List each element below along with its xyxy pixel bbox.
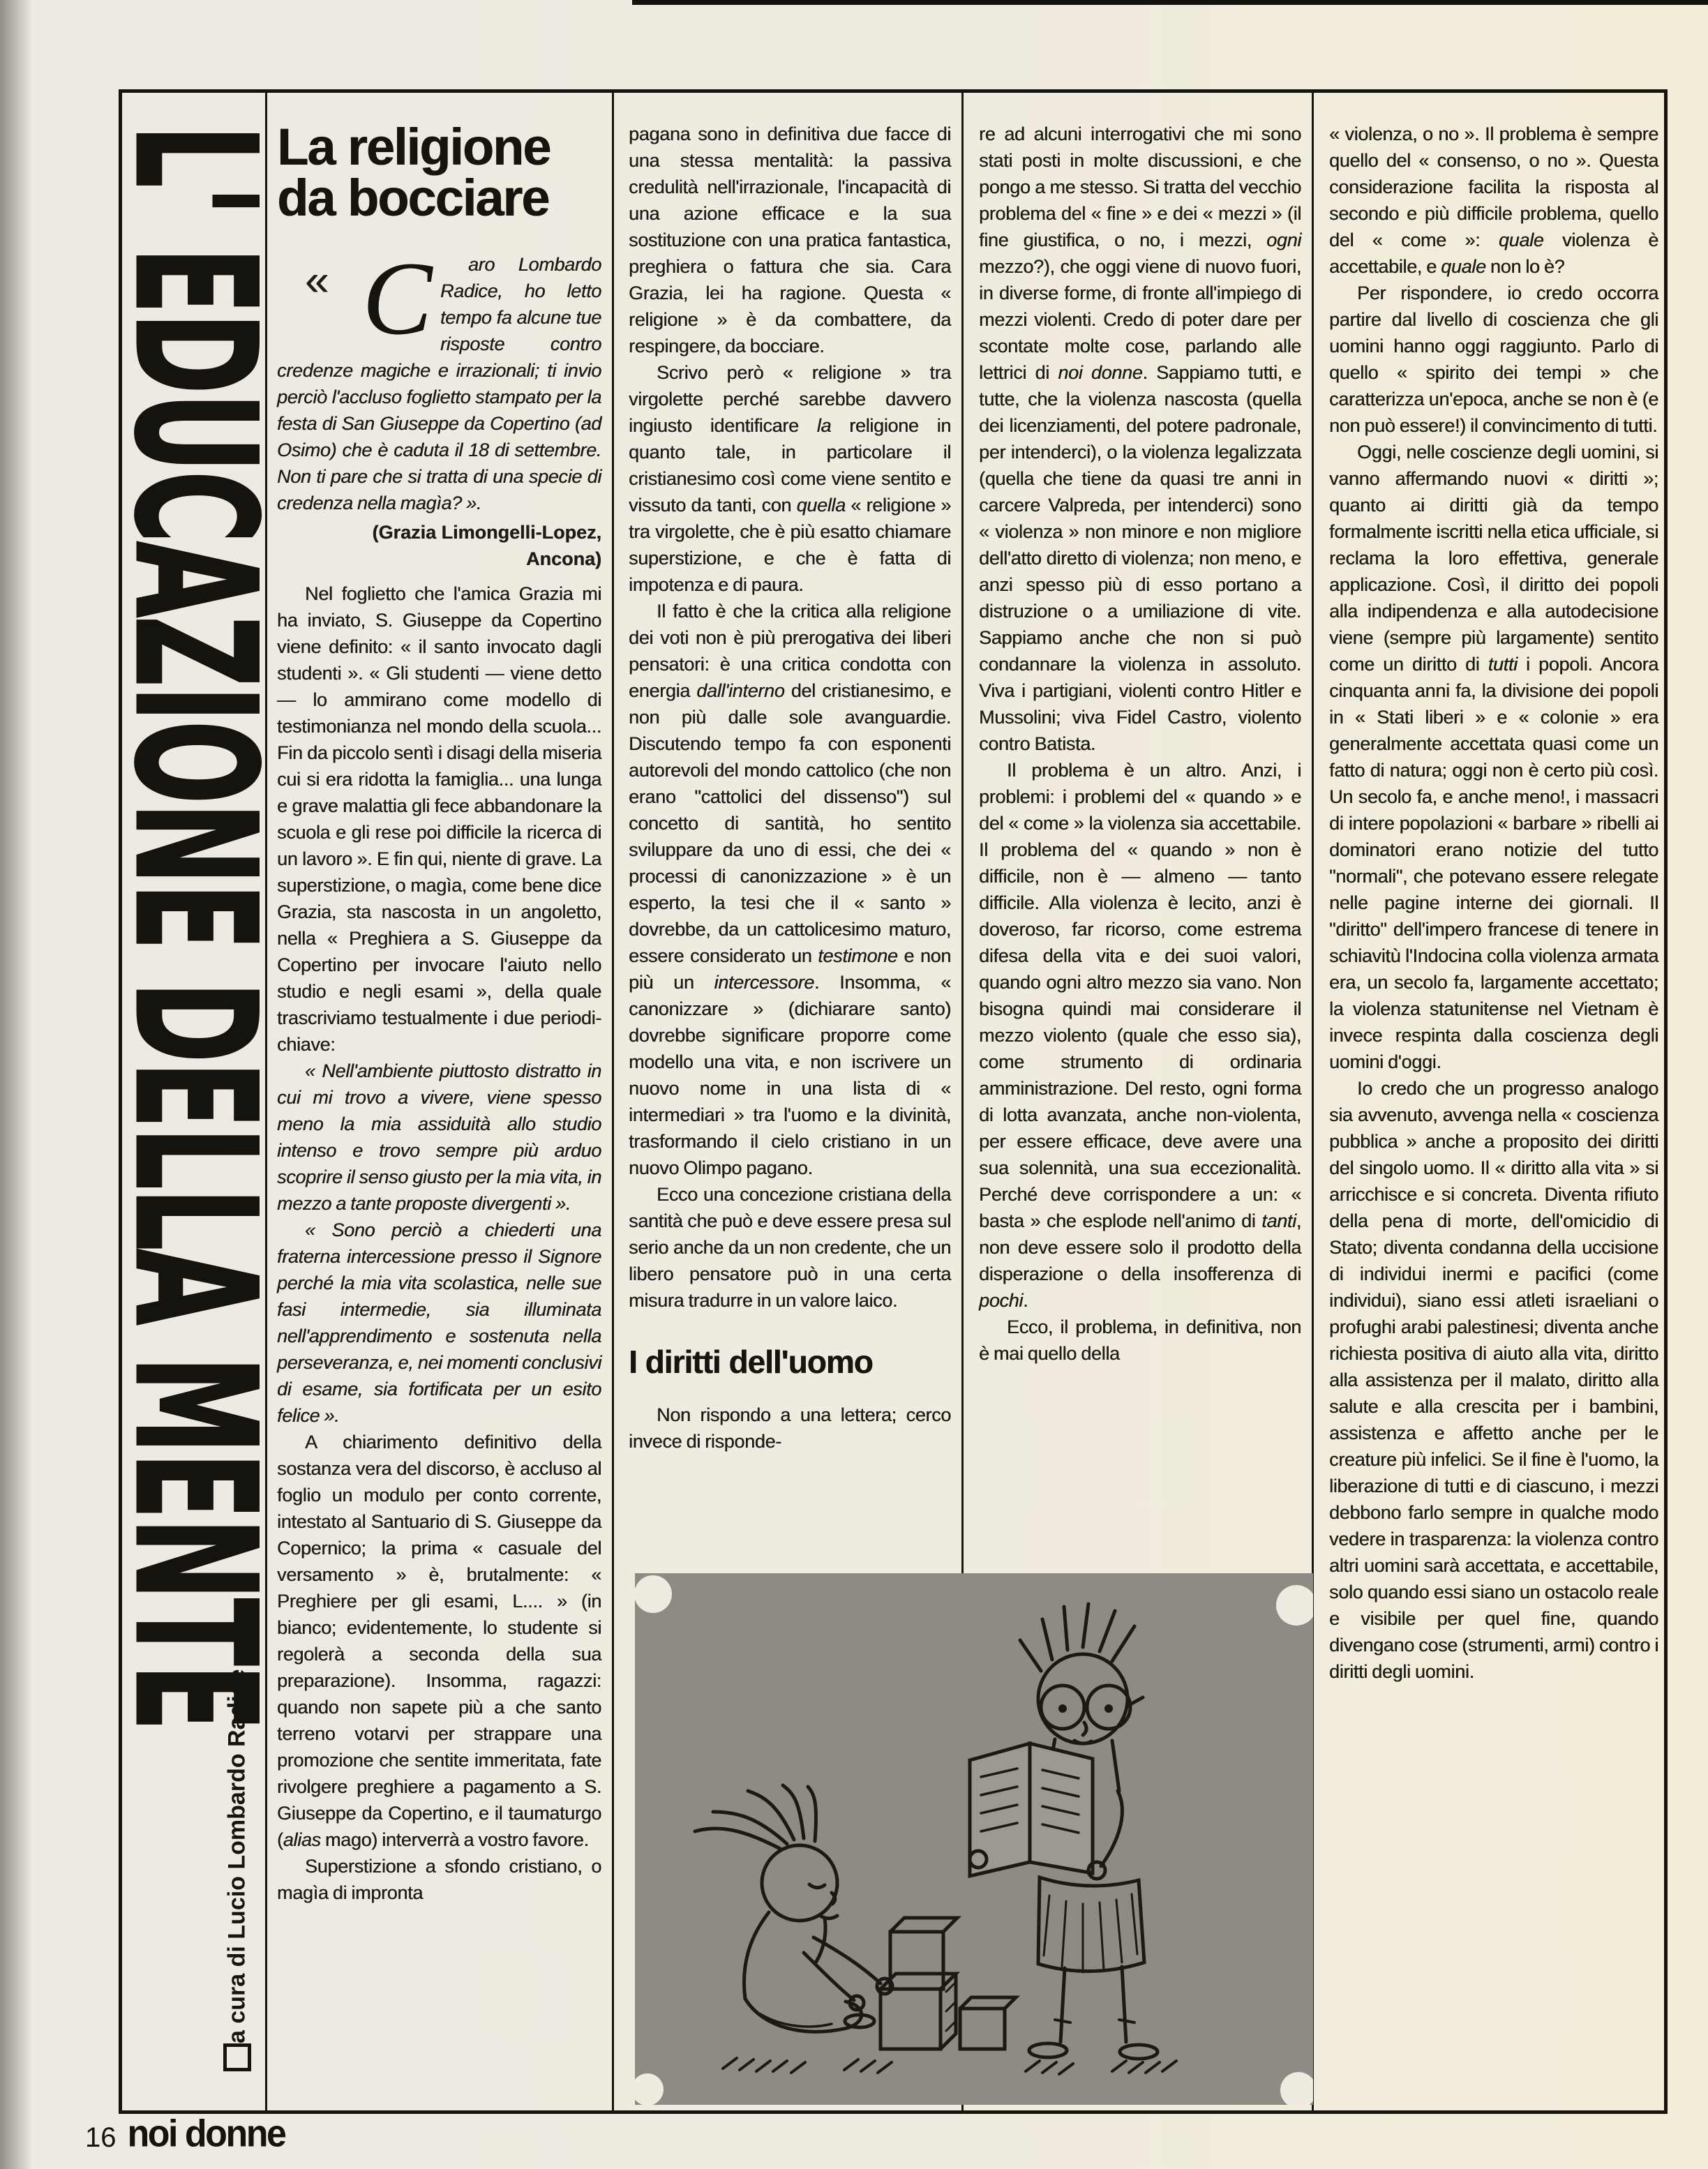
paragraph: pagana sono in definitiva due facce di u… xyxy=(629,121,951,359)
open-quote-mark: « xyxy=(277,260,329,303)
paragraph: « Nell'ambiente piuttosto distratto in c… xyxy=(277,1058,601,1217)
paragraph: Ecco, il problema, in definitiva, non è … xyxy=(979,1314,1301,1367)
magazine-page: L' EDUCAZIONE DELLA MENTE a cura di Luci… xyxy=(0,0,1708,2169)
text-column-2: pagana sono in definitiva due facce di u… xyxy=(629,121,951,1455)
byline-text: a cura di Lucio Lombardo Radice xyxy=(224,1669,251,2043)
page-edge-shadow xyxy=(0,0,32,2169)
cartoon-drawing xyxy=(635,1573,1313,2105)
letter-signature: (Grazia Limongelli-Lopez,Ancona) xyxy=(277,519,601,572)
corner-notch xyxy=(635,1575,672,1613)
paragraph: « violenza, o no ». Il problema è sempre… xyxy=(1329,121,1658,280)
section-heading: I diritti dell'uomo xyxy=(629,1343,951,1381)
paragraph: Non rispondo a una lettera; cerco invece… xyxy=(629,1402,951,1455)
paragraph: re ad alcuni interrogativi che mi sono s… xyxy=(979,121,1301,757)
article-frame: L' EDUCAZIONE DELLA MENTE a cura di Luci… xyxy=(119,89,1668,2114)
magazine-logo: noi donne xyxy=(128,2112,285,2156)
paragraph: Nel foglietto che l'amica Grazia mi ha i… xyxy=(277,580,601,1058)
paragraph: Il problema è un altro. Anzi, i problemi… xyxy=(979,757,1301,1314)
paragraph: Ecco una concezione cristiana della sant… xyxy=(629,1181,951,1314)
text-column-4: « violenza, o no ». Il problema è sempre… xyxy=(1329,121,1658,1685)
scan-top-edge xyxy=(632,0,1708,5)
paragraph: Per rispondere, io credo occorra partire… xyxy=(1329,280,1658,439)
page-footer: 16 noi donne xyxy=(85,2114,285,2156)
rule-col1-col2 xyxy=(612,93,614,2110)
paragraph: Superstizione a sfondo cristiano, o magì… xyxy=(277,1853,601,1906)
paragraph: A chiarimento definitivo della sostanza … xyxy=(277,1429,601,1853)
checkbox-icon xyxy=(223,2043,251,2071)
text-column-3: re ad alcuni interrogativi che mi sono s… xyxy=(979,121,1301,1367)
paragraph: Il fatto è che la critica alla religione… xyxy=(629,598,951,1181)
paragraph: Scrivo però « religione » tra virgolette… xyxy=(629,359,951,598)
drop-cap: C xyxy=(334,251,440,336)
page-number: 16 xyxy=(85,2122,117,2154)
rule-title-strip xyxy=(265,93,267,2110)
cartoon-illustration xyxy=(635,1573,1313,2105)
paragraph: « Sono perciò a chiederti una fraterna i… xyxy=(277,1217,601,1429)
article-title: La religioneda bocciare xyxy=(277,122,601,223)
paragraph: Oggi, nelle coscienze degli uomini, si v… xyxy=(1329,439,1658,1075)
reader-letter: «Caro Lombardo Radice, ho letto tempo fa… xyxy=(277,251,601,516)
paragraph: Io credo che un progresso analogo sia av… xyxy=(1329,1075,1658,1685)
byline: a cura di Lucio Lombardo Radice xyxy=(211,1481,263,2081)
text-column-1: La religioneda bocciare«Caro Lombardo Ra… xyxy=(277,121,601,1906)
